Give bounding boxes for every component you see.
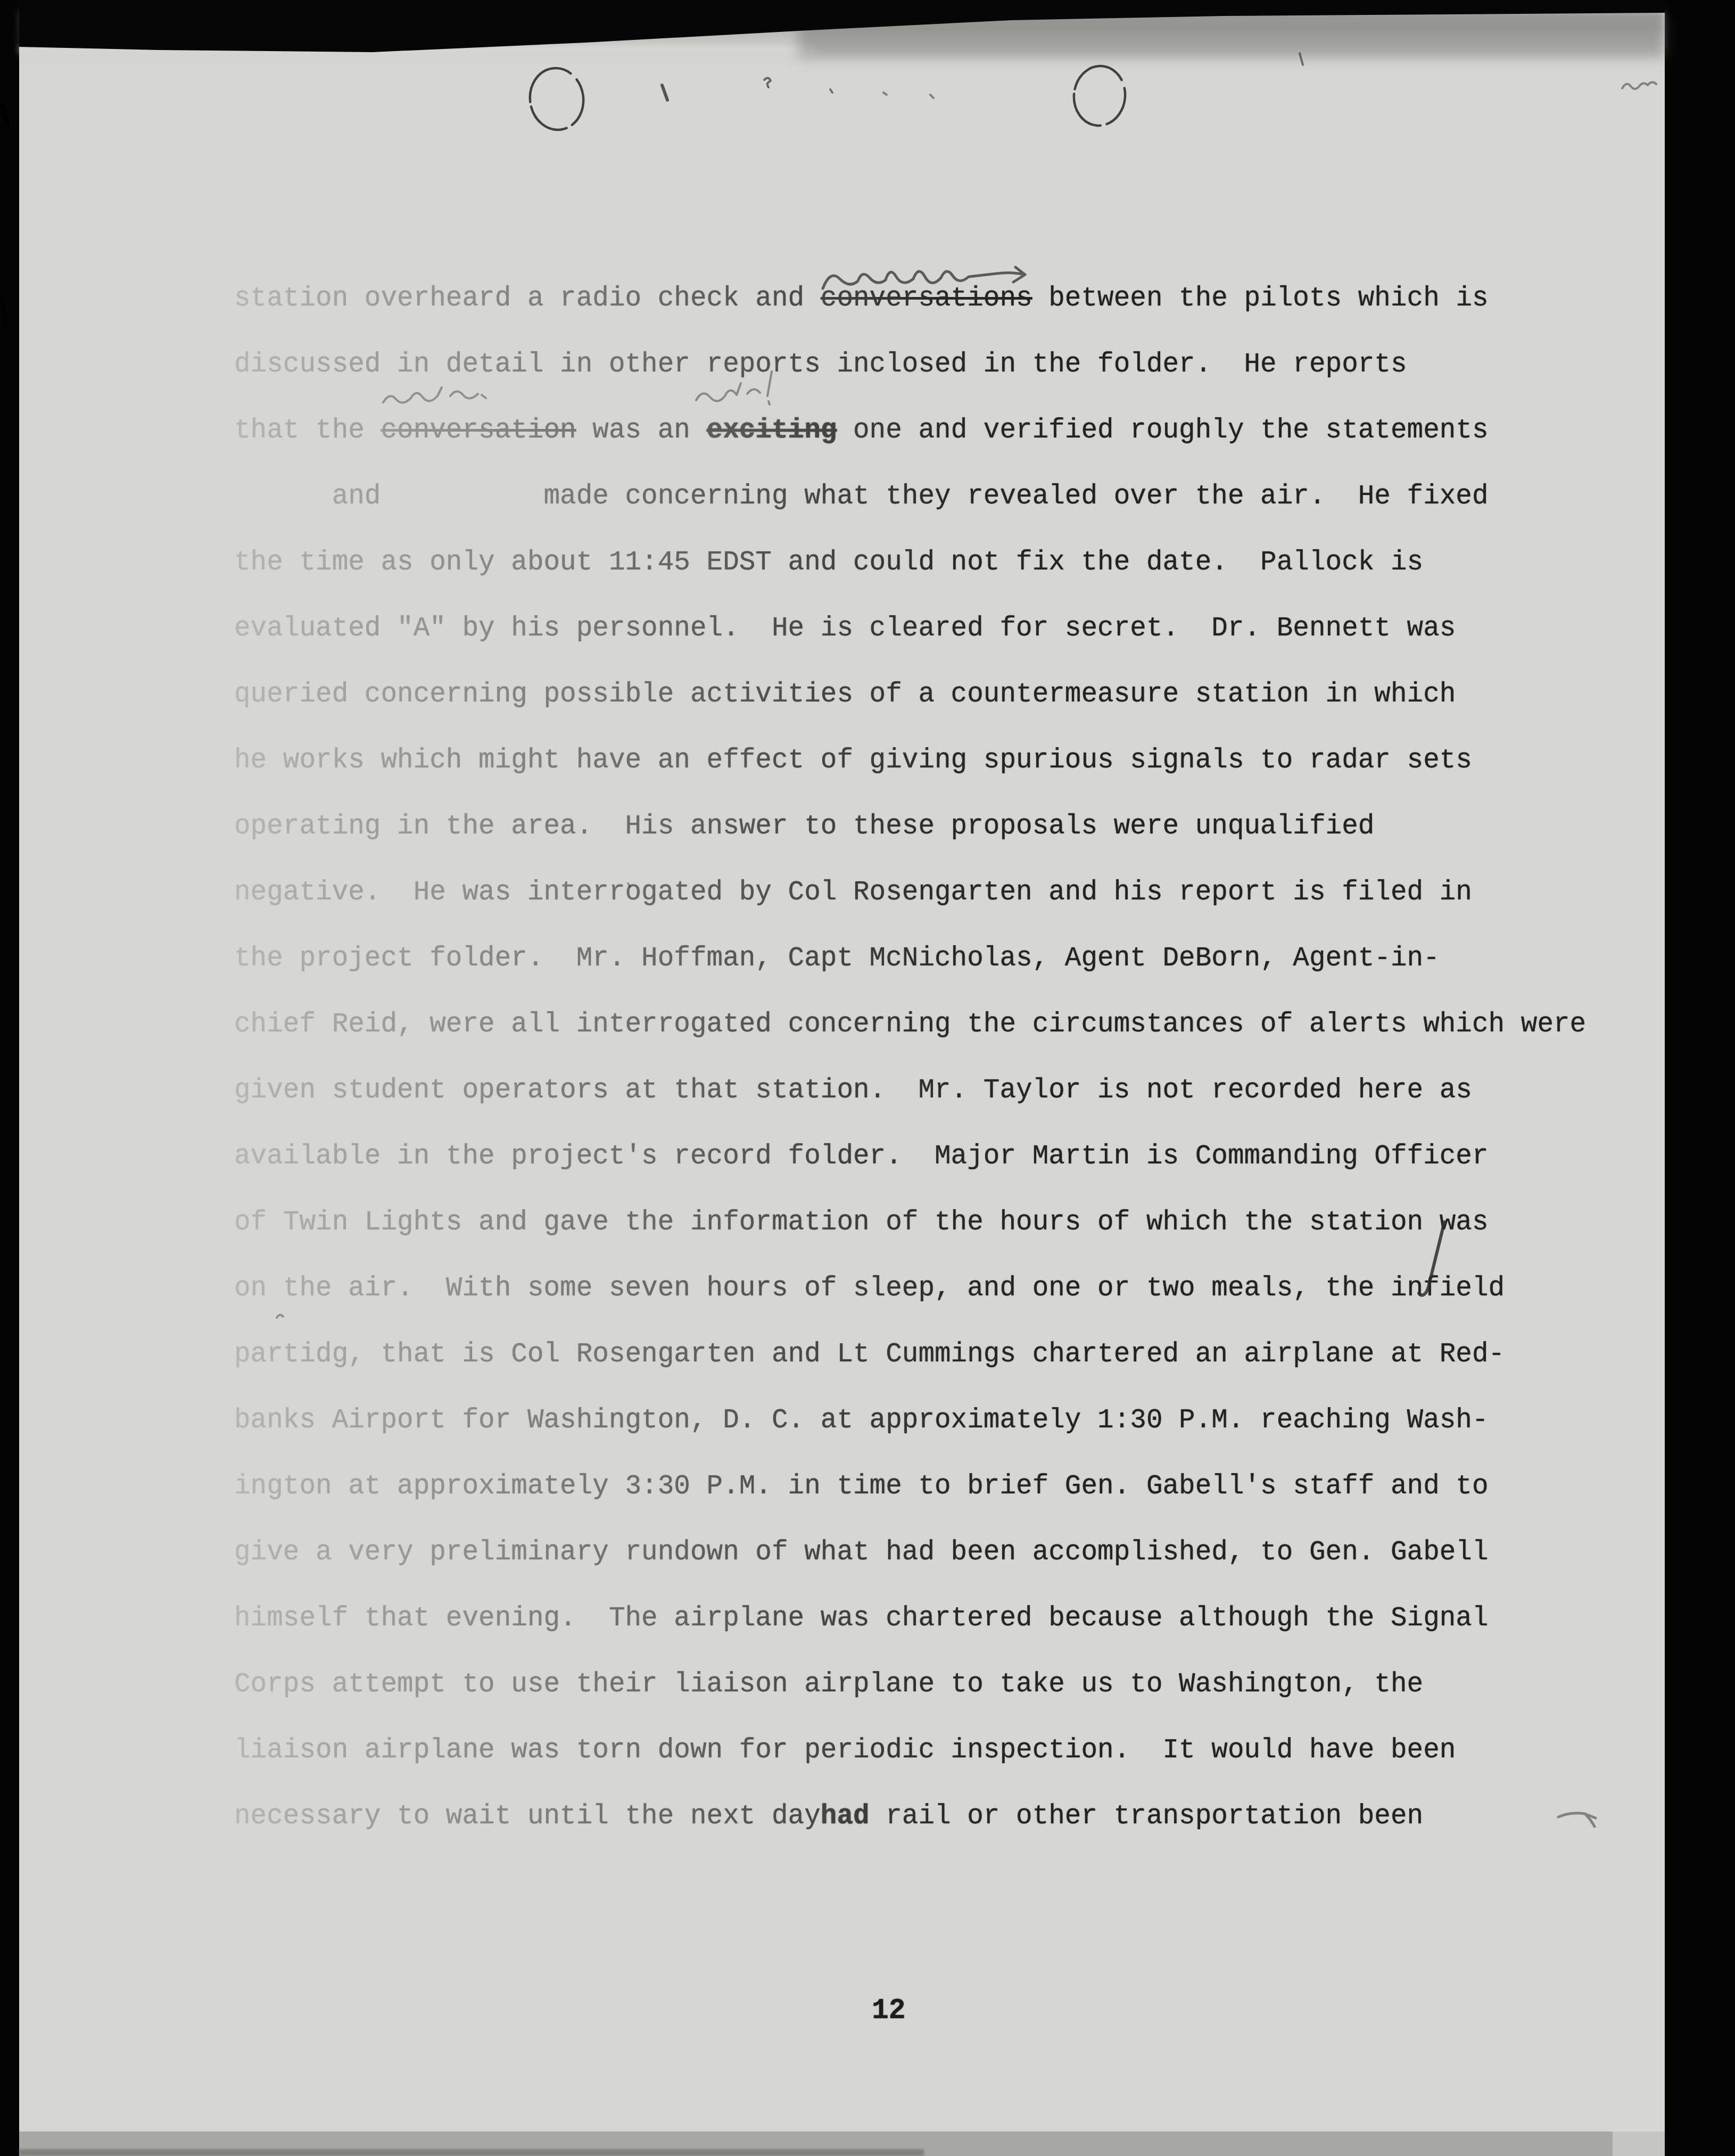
typed-text: the project folder. Mr. Hoffman, Capt Mc… — [234, 944, 1440, 974]
typed-text: give a very preliminary rundown of what … — [234, 1538, 1489, 1568]
document-line-18: banks Airport for Washington, D. C. at a… — [234, 1388, 1586, 1454]
document-line-24: necessary to wait until the next dayhad … — [234, 1784, 1586, 1850]
scan-bottom-band-right — [1613, 2132, 1665, 2156]
typed-text: chief Reid, were all interrogated concer… — [234, 1010, 1586, 1040]
typed-text: discussed in detail in other reports inc… — [234, 350, 1407, 380]
document-line-2: discussed in detail in other reports inc… — [234, 332, 1586, 398]
typed-text: himself that evening. The airplane was c… — [234, 1604, 1489, 1634]
typed-text: the time as only about 11:45 EDST and co… — [234, 548, 1423, 578]
typed-text: operating in the area. His answer to the… — [234, 812, 1374, 842]
typed-text: station overheard a radio check and — [234, 284, 821, 314]
document-line-20: give a very preliminary rundown of what … — [234, 1520, 1586, 1586]
struck-text: exciting — [707, 416, 837, 446]
scan-left-edge — [0, 0, 19, 2156]
typed-text: liaison airplane was torn down for perio… — [234, 1736, 1456, 1766]
typed-text: Corps attempt to use their liaison airpl… — [234, 1670, 1423, 1700]
document-line-8: he works which might have an effect of g… — [234, 728, 1586, 794]
typed-text: on the air. With some seven hours of sle… — [234, 1274, 1505, 1304]
typed-text: of Twin Lights and gave the information … — [234, 1208, 1489, 1238]
typed-text: banks Airport for Washington, D. C. at a… — [234, 1406, 1489, 1436]
typed-text: given student operators at that station.… — [234, 1076, 1472, 1106]
typed-text: that the — [234, 416, 381, 446]
document-line-7: queried concerning possible activities o… — [234, 662, 1586, 728]
document-line-6: evaluated "A" by his personnel. He is cl… — [234, 596, 1586, 662]
document-line-23: liaison airplane was torn down for perio… — [234, 1718, 1586, 1784]
document-line-1: station overheard a radio check and conv… — [234, 266, 1586, 332]
document-line-22: Corps attempt to use their liaison airpl… — [234, 1652, 1586, 1718]
typed-text: one and verified roughly the statements — [837, 416, 1488, 446]
typewritten-text-block: station overheard a radio check and conv… — [234, 266, 1586, 1850]
document-line-16: on the air. With some seven hours of sle… — [234, 1256, 1586, 1322]
typed-text: queried concerning possible activities o… — [234, 680, 1456, 710]
typed-text: evaluated "A" by his personnel. He is cl… — [234, 614, 1456, 644]
scan-bottom-band-shadow — [19, 2149, 924, 2156]
typed-text: available in the project's record folder… — [234, 1142, 1489, 1172]
typed-text: necessary to wait until the next day — [234, 1802, 821, 1832]
typed-text: and made concerning what they revealed o… — [234, 482, 1489, 512]
typed-text: ington at approximately 3:30 P.M. in tim… — [234, 1472, 1489, 1502]
document-line-11: the project folder. Mr. Hoffman, Capt Mc… — [234, 926, 1586, 992]
struck-text: conversations — [821, 284, 1032, 314]
page-number: 12 — [872, 1995, 906, 2027]
typed-text: he works which might have an effect of g… — [234, 746, 1472, 776]
document-line-12: chief Reid, were all interrogated concer… — [234, 992, 1586, 1058]
document-line-19: ington at approximately 3:30 P.M. in tim… — [234, 1454, 1586, 1520]
typed-text: rail or other transportation been — [870, 1802, 1424, 1832]
document-line-5: the time as only about 11:45 EDST and co… — [234, 530, 1586, 596]
document-line-3: that the conversation was an exciting on… — [234, 398, 1586, 464]
typed-text: was an — [576, 416, 707, 446]
document-line-10: negative. He was interrogated by Col Ros… — [234, 860, 1586, 926]
document-line-21: himself that evening. The airplane was c… — [234, 1586, 1586, 1652]
document-line-17: partidg, that is Col Rosengarten and Lt … — [234, 1322, 1586, 1388]
typed-text: had — [821, 1802, 870, 1832]
typed-text: between the pilots which is — [1032, 284, 1489, 314]
typed-text: partidg, that is Col Rosengarten and Lt … — [234, 1340, 1505, 1370]
document-line-9: operating in the area. His answer to the… — [234, 794, 1586, 860]
struck-text: conversation — [381, 416, 576, 446]
scan-top-smudge-right — [798, 18, 1665, 57]
document-line-14: available in the project's record folder… — [234, 1124, 1586, 1190]
document-line-4: and made concerning what they revealed o… — [234, 464, 1586, 530]
document-line-13: given student operators at that station.… — [234, 1058, 1586, 1124]
document-line-15: of Twin Lights and gave the information … — [234, 1190, 1586, 1256]
scanned-document-page: station overheard a radio check and conv… — [0, 0, 1735, 2156]
typed-text: negative. He was interrogated by Col Ros… — [234, 878, 1472, 908]
